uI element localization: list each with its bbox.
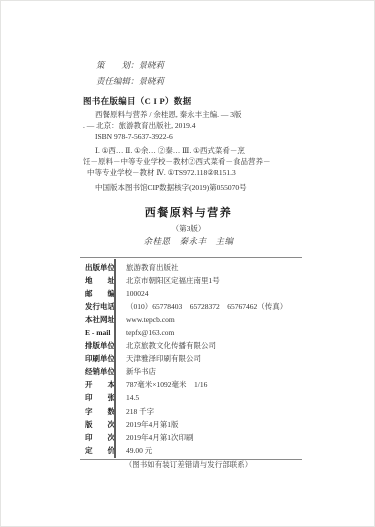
cip-heading: 图书在版编目（C I P）数据	[83, 95, 191, 107]
cip-class-line: Ⅰ. ①西… Ⅱ. ①余… ②秦… Ⅲ. ①西式菜肴－烹	[83, 146, 313, 157]
row-label: 地 址	[80, 274, 114, 287]
row-value: 天津雅泽印刷有限公司	[114, 352, 201, 365]
row-value: 旅游教育出版社	[114, 261, 179, 274]
footer-note: （图书如有装订差错请与发行部联系）	[1, 459, 375, 470]
edition-label: （第3版）	[1, 223, 375, 234]
top-credits: 策 划：景晓莉 责任编辑：景晓莉	[96, 57, 164, 89]
row-value: 49.00 元	[114, 444, 152, 457]
row-value: 100024	[114, 287, 149, 300]
cip-class-line: 中等专业学校－教材 Ⅳ. ①TS972.118②R151.3	[83, 168, 313, 179]
cip-entry-line: 西餐原料与营养 / 余桂恩, 秦永丰主编. — 3版	[83, 110, 313, 121]
row-value: tepfx@163.com	[114, 326, 174, 339]
colophon-table: 出版单位 旅游教育出版社 地 址 北京市朝阳区定福庄南里1号 邮 编 10002…	[80, 257, 302, 460]
row-label: 印刷单位	[80, 352, 114, 365]
row-value: （010）65778403 65728372 65767462（传真）	[114, 300, 287, 313]
row-label: 本社网址	[80, 313, 114, 326]
row-value: 北京市朝阳区定福庄南里1号	[114, 274, 220, 287]
row-label: 版 次	[80, 418, 114, 431]
row-value: 北京旅教文化传播有限公司	[114, 339, 216, 352]
cip-entry-block: 西餐原料与营养 / 余桂恩, 秦永丰主编. — 3版 . — 北京：旅游教育出版…	[83, 110, 313, 142]
authors-line: 余桂恩 秦永丰 主编	[1, 235, 375, 247]
book-title: 西餐原料与营养	[1, 204, 375, 220]
row-label: 印 张	[80, 391, 114, 404]
row-value: 787毫米×1092毫米 1/16	[114, 378, 207, 391]
copyright-page: 策 划：景晓莉 责任编辑：景晓莉 图书在版编目（C I P）数据 西餐原料与营养…	[0, 0, 375, 527]
cip-classification-block: Ⅰ. ①西… Ⅱ. ①余… ②秦… Ⅲ. ①西式菜肴－烹 饪－原料－中等专业学校…	[83, 146, 313, 178]
row-label: 印 次	[80, 431, 114, 444]
cip-entry-line: . — 北京：旅游教育出版社, 2019.4	[83, 121, 313, 132]
cip-record-number: 中国版本图书馆CIP数据核字(2019)第055070号	[95, 182, 247, 193]
row-label: 发行电话	[80, 300, 114, 313]
planning-line: 策 划：景晓莉	[96, 57, 164, 73]
table-divider-line	[114, 259, 116, 458]
row-value: 218 千字	[114, 405, 154, 418]
row-label: 排版单位	[80, 339, 114, 352]
row-label: E - mail	[80, 326, 114, 339]
row-label: 开 本	[80, 378, 114, 391]
row-label: 邮 编	[80, 287, 114, 300]
row-value: www.tepcb.com	[114, 313, 175, 326]
cip-isbn-line: ISBN 978-7-5637-3922-6	[83, 132, 313, 143]
row-label: 定 价	[80, 444, 114, 457]
row-value: 2019年4月第1版	[114, 418, 179, 431]
row-label: 出版单位	[80, 261, 114, 274]
row-value: 14.5	[114, 391, 139, 404]
row-label: 字 数	[80, 405, 114, 418]
row-value: 新华书店	[114, 365, 156, 378]
row-value: 2019年4月第1次印刷	[114, 431, 194, 444]
editor-line: 责任编辑：景晓莉	[96, 73, 164, 89]
row-label: 经销单位	[80, 365, 114, 378]
cip-class-line: 饪－原料－中等专业学校－教材②西式菜肴－食品营养－	[83, 157, 313, 168]
